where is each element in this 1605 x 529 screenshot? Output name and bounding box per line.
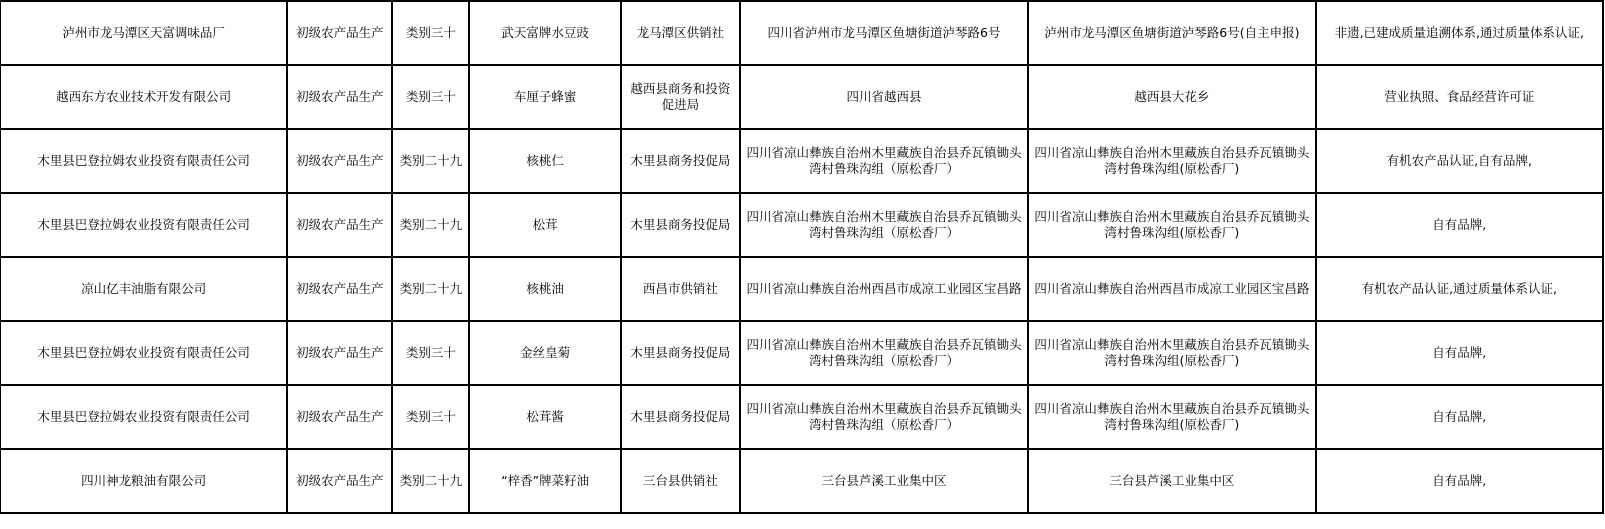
cell-company[interactable]: 凉山亿丰油脂有限公司 [0, 257, 287, 321]
cell-production-address[interactable]: 三台县芦溪工业集中区 [740, 449, 1028, 513]
cell-category[interactable]: 初级农产品生产 [287, 65, 392, 129]
cell-category[interactable]: 初级农产品生产 [287, 1, 392, 65]
cell-category[interactable]: 初级农产品生产 [287, 449, 392, 513]
cell-production-address[interactable]: 四川省泸州市龙马潭区鱼塘街道泸琴路6号 [740, 1, 1028, 65]
cell-company[interactable]: 泸州市龙马潭区天富调味品厂 [0, 1, 287, 65]
cell-certification[interactable]: 自有品牌, [1316, 385, 1603, 449]
cell-recommender[interactable]: 木里县商务投促局 [621, 129, 740, 193]
cell-class[interactable]: 类别二十九 [392, 449, 469, 513]
cell-product[interactable]: 金丝皇菊 [469, 321, 621, 385]
cell-category[interactable]: 初级农产品生产 [287, 193, 392, 257]
cell-registered-address[interactable]: 四川省凉山彝族自治州木里藏族自治县乔瓦镇锄头湾村鲁珠沟组(原松香厂) [1028, 193, 1315, 257]
cell-class[interactable]: 类别二十九 [392, 257, 469, 321]
cell-recommender[interactable]: 木里县商务投促局 [621, 193, 740, 257]
cell-product[interactable]: 松茸 [469, 193, 621, 257]
cell-production-address[interactable]: 四川省凉山彝族自治州木里藏族自治县乔瓦镇锄头湾村鲁珠沟组（原松香厂） [740, 321, 1028, 385]
cell-company[interactable]: 木里县巴登拉姆农业投资有限责任公司 [0, 193, 287, 257]
cell-recommender[interactable]: 龙马潭区供销社 [621, 1, 740, 65]
cell-product[interactable]: 车厘子蜂蜜 [469, 65, 621, 129]
cell-recommender[interactable]: 三台县供销社 [621, 449, 740, 513]
cell-company[interactable]: 木里县巴登拉姆农业投资有限责任公司 [0, 321, 287, 385]
cell-company[interactable]: 四川神龙粮油有限公司 [0, 449, 287, 513]
cell-product[interactable]: 松茸酱 [469, 385, 621, 449]
cell-company[interactable]: 木里县巴登拉姆农业投资有限责任公司 [0, 385, 287, 449]
table-row: 木里县巴登拉姆农业投资有限责任公司初级农产品生产类别二十九核桃仁木里县商务投促局… [0, 129, 1603, 193]
cell-production-address[interactable]: 四川省越西县 [740, 65, 1028, 129]
cell-certification[interactable]: 非遗,已建成质量追溯体系,通过质量体系认证, [1316, 1, 1603, 65]
table-row: 木里县巴登拉姆农业投资有限责任公司初级农产品生产类别三十金丝皇菊木里县商务投促局… [0, 321, 1603, 385]
cell-certification[interactable]: 自有品牌, [1316, 449, 1603, 513]
cell-certification[interactable]: 有机农产品认证,通过质量体系认证, [1316, 257, 1603, 321]
cell-registered-address[interactable]: 三台县芦溪工业集中区 [1028, 449, 1315, 513]
cell-product[interactable]: 武天富牌水豆豉 [469, 1, 621, 65]
cell-certification[interactable]: 自有品牌, [1316, 193, 1603, 257]
table-row: 凉山亿丰油脂有限公司初级农产品生产类别二十九核桃油西昌市供销社四川省凉山彝族自治… [0, 257, 1603, 321]
cell-registered-address[interactable]: 四川省凉山彝族自治州西昌市成凉工业园区宝昌路 [1028, 257, 1315, 321]
cell-class[interactable]: 类别二十九 [392, 129, 469, 193]
cell-company[interactable]: 越西东方农业技术开发有限公司 [0, 65, 287, 129]
cell-registered-address[interactable]: 四川省凉山彝族自治州木里藏族自治县乔瓦镇锄头湾村鲁珠沟组(原松香厂) [1028, 321, 1315, 385]
cell-certification[interactable]: 营业执照、食品经营许可证 [1316, 65, 1603, 129]
cell-class[interactable]: 类别三十 [392, 65, 469, 129]
table-row: 越西东方农业技术开发有限公司初级农产品生产类别三十车厘子蜂蜜越西县商务和投资促进… [0, 65, 1603, 129]
cell-production-address[interactable]: 四川省凉山彝族自治州木里藏族自治县乔瓦镇锄头湾村鲁珠沟组（原松香厂） [740, 385, 1028, 449]
cell-production-address[interactable]: 四川省凉山彝族自治州西昌市成凉工业园区宝昌路 [740, 257, 1028, 321]
cell-category[interactable]: 初级农产品生产 [287, 321, 392, 385]
table-row: 四川神龙粮油有限公司初级农产品生产类别二十九“梓香”牌菜籽油三台县供销社三台县芦… [0, 449, 1603, 513]
cell-recommender[interactable]: 木里县商务投促局 [621, 321, 740, 385]
cell-product[interactable]: “梓香”牌菜籽油 [469, 449, 621, 513]
cell-registered-address[interactable]: 越西县大花乡 [1028, 65, 1315, 129]
cell-class[interactable]: 类别三十 [392, 321, 469, 385]
cell-class[interactable]: 类别二十九 [392, 193, 469, 257]
cell-product[interactable]: 核桃仁 [469, 129, 621, 193]
cell-registered-address[interactable]: 泸州市龙马潭区鱼塘街道泸琴路6号(自主申报) [1028, 1, 1315, 65]
product-table: 泸州市龙马潭区天富调味品厂初级农产品生产类别三十武天富牌水豆豉龙马潭区供销社四川… [0, 0, 1604, 514]
cell-category[interactable]: 初级农产品生产 [287, 385, 392, 449]
cell-category[interactable]: 初级农产品生产 [287, 257, 392, 321]
cell-registered-address[interactable]: 四川省凉山彝族自治州木里藏族自治县乔瓦镇锄头湾村鲁珠沟组(原松香厂) [1028, 385, 1315, 449]
cell-category[interactable]: 初级农产品生产 [287, 129, 392, 193]
cell-recommender[interactable]: 越西县商务和投资促进局 [621, 65, 740, 129]
cell-recommender[interactable]: 西昌市供销社 [621, 257, 740, 321]
cell-certification[interactable]: 自有品牌, [1316, 321, 1603, 385]
cell-class[interactable]: 类别三十 [392, 385, 469, 449]
cell-production-address[interactable]: 四川省凉山彝族自治州木里藏族自治县乔瓦镇锄头湾村鲁珠沟组（原松香厂） [740, 129, 1028, 193]
cell-registered-address[interactable]: 四川省凉山彝族自治州木里藏族自治县乔瓦镇锄头湾村鲁珠沟组(原松香厂) [1028, 129, 1315, 193]
cell-recommender[interactable]: 木里县商务投促局 [621, 385, 740, 449]
table-row: 泸州市龙马潭区天富调味品厂初级农产品生产类别三十武天富牌水豆豉龙马潭区供销社四川… [0, 1, 1603, 65]
cell-class[interactable]: 类别三十 [392, 1, 469, 65]
table-row: 木里县巴登拉姆农业投资有限责任公司初级农产品生产类别三十松茸酱木里县商务投促局四… [0, 385, 1603, 449]
cell-production-address[interactable]: 四川省凉山彝族自治州木里藏族自治县乔瓦镇锄头湾村鲁珠沟组（原松香厂） [740, 193, 1028, 257]
cell-certification[interactable]: 有机农产品认证,自有品牌, [1316, 129, 1603, 193]
cell-company[interactable]: 木里县巴登拉姆农业投资有限责任公司 [0, 129, 287, 193]
cell-product[interactable]: 核桃油 [469, 257, 621, 321]
table-row: 木里县巴登拉姆农业投资有限责任公司初级农产品生产类别二十九松茸木里县商务投促局四… [0, 193, 1603, 257]
